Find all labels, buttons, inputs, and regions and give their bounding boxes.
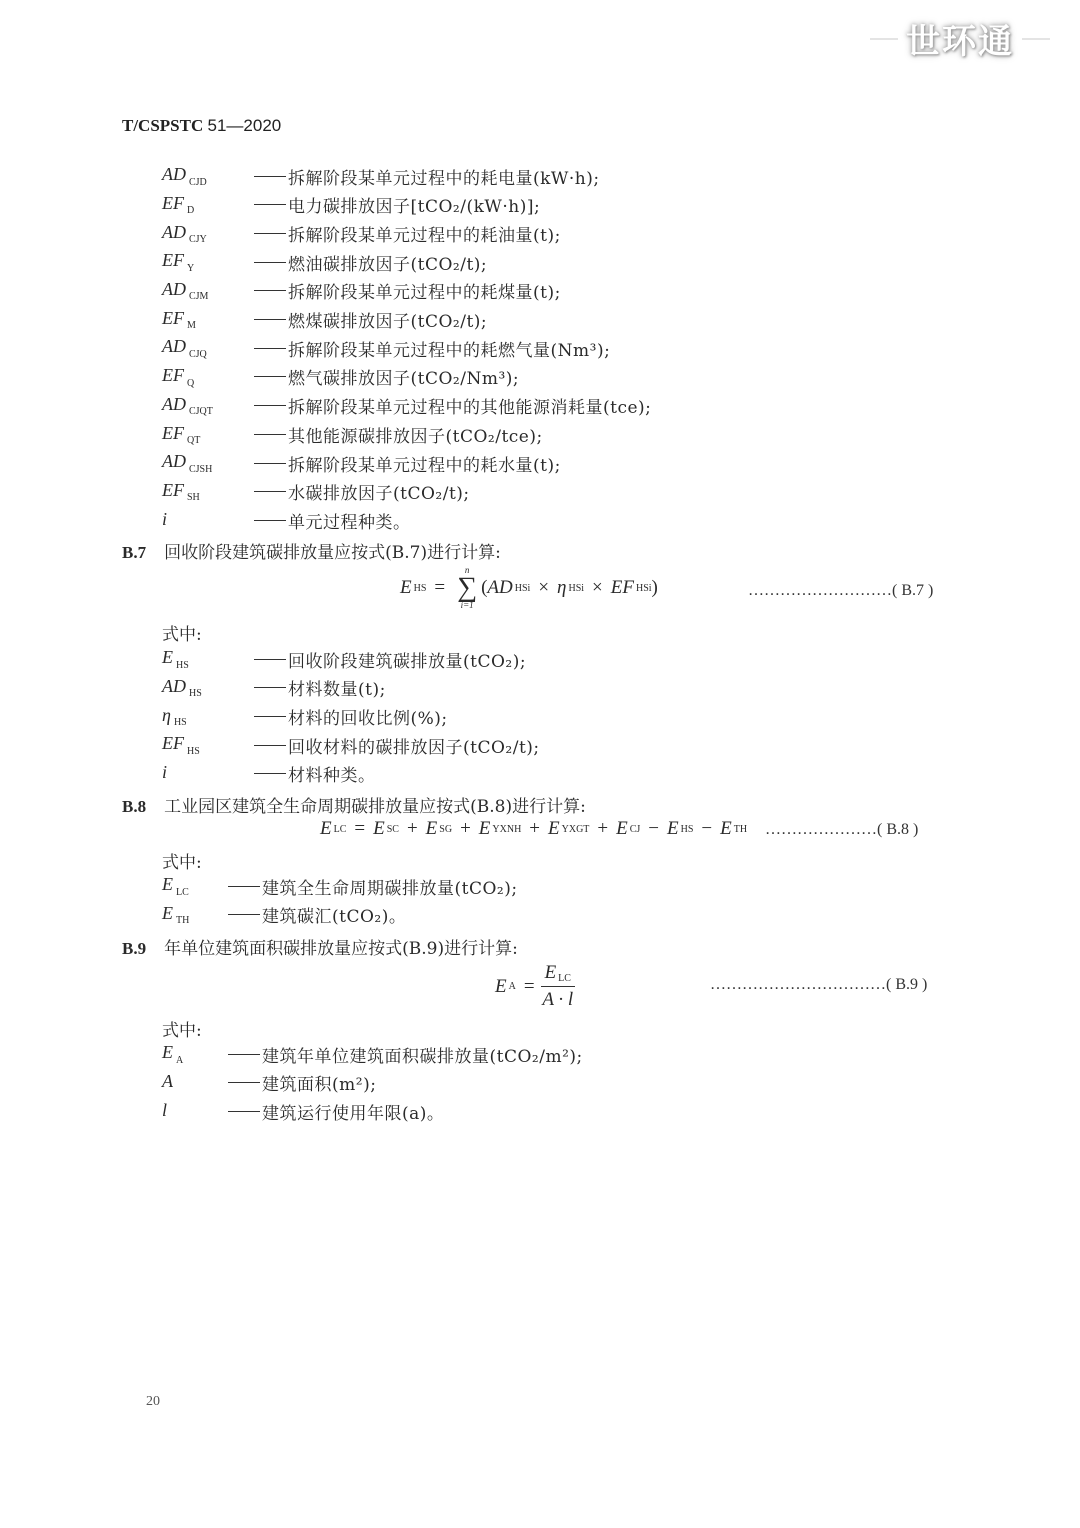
- symbol-cell: EFSH: [162, 480, 254, 503]
- term-ef: EF: [611, 577, 634, 599]
- definition-row: A建筑面积(m²);: [162, 1069, 376, 1097]
- symbol-cell: A: [162, 1071, 228, 1094]
- em-dash-rule: [254, 204, 286, 205]
- term-ef-sub: HSi: [636, 583, 652, 594]
- formula-term-sub: TH: [734, 824, 747, 835]
- formula-term-sub: YXGT: [562, 824, 590, 835]
- definition-row: EFD电力碳排放因子[tCO₂/(kW·h)];: [162, 191, 540, 219]
- em-dash-rule: [254, 262, 286, 263]
- equation-number-b9: ……………………………( B.9 ): [710, 976, 927, 994]
- section-number: B.9: [122, 939, 146, 958]
- em-dash-rule: [254, 233, 286, 234]
- em-dash-rule: [254, 319, 286, 320]
- definition-row: ADCJQ拆解阶段某单元过程中的耗燃气量(Nm³);: [162, 334, 610, 362]
- em-dash-rule: [254, 463, 286, 464]
- numerator-symbol: E: [545, 962, 557, 983]
- symbol-cell: ELC: [162, 874, 228, 897]
- em-dash-rule: [254, 716, 286, 717]
- symbol: EF: [162, 365, 184, 386]
- formula-b9: EA = ELC A · l: [495, 962, 575, 1011]
- em-dash-rule: [254, 348, 286, 349]
- symbol-cell: EHS: [162, 647, 254, 670]
- symbol: A: [162, 1071, 173, 1092]
- symbol-subscript: CJQ: [189, 349, 207, 360]
- symbol: AD: [162, 676, 186, 697]
- definition-text: 建筑面积(m²);: [262, 1070, 376, 1095]
- definition-text: 拆解阶段某单元过程中的其他能源消耗量(tce);: [288, 393, 651, 418]
- fraction: ELC A · l: [541, 962, 575, 1011]
- equals-sign: =: [524, 976, 535, 998]
- definition-row: EA建筑年单位建筑面积碳排放量(tCO₂/m²);: [162, 1040, 583, 1068]
- symbol-cell: l: [162, 1100, 228, 1123]
- formula-lhs: E: [495, 976, 507, 998]
- definition-text: 拆解阶段某单元过程中的耗电量(kW·h);: [288, 164, 600, 189]
- times-sign: ×: [592, 577, 603, 599]
- symbol-cell: i: [162, 762, 254, 785]
- term-ad: AD: [487, 577, 512, 599]
- definition-text: 单元过程种类。: [288, 508, 411, 533]
- standard-number: 51—2020: [208, 116, 282, 135]
- definition-row: EFQ燃气碳排放因子(tCO₂/Nm³);: [162, 363, 519, 391]
- definition-row: i单元过程种类。: [162, 506, 411, 534]
- symbol-subscript: D: [187, 205, 194, 216]
- section-title: 回收阶段建筑碳排放量应按式(B.7)进行计算:: [164, 543, 501, 563]
- operator: +: [529, 818, 540, 840]
- symbol-subscript: HS: [189, 688, 202, 699]
- leader-dots: ……………………………: [710, 976, 886, 993]
- symbol: EF: [162, 308, 184, 329]
- definition-text: 拆解阶段某单元过程中的耗水量(t);: [288, 451, 561, 476]
- em-dash-rule: [254, 491, 286, 492]
- section-b9-heading: B.9年单位建筑面积碳排放量应按式(B.9)进行计算:: [122, 934, 518, 959]
- em-dash-rule: [228, 914, 260, 915]
- definition-text: 建筑全生命周期碳排放量(tCO₂);: [262, 874, 518, 899]
- formula-term-sub: SC: [387, 824, 399, 835]
- formula-term: E: [667, 818, 679, 840]
- symbol-cell: ADCJSH: [162, 451, 254, 474]
- formula-term: E: [373, 818, 385, 840]
- definition-row: ADCJY拆解阶段某单元过程中的耗油量(t);: [162, 219, 561, 247]
- symbol-cell: i: [162, 509, 254, 532]
- formula-term-sub: SG: [439, 824, 452, 835]
- symbol-subscript: QT: [187, 435, 200, 446]
- definition-text: 建筑运行使用年限(a)。: [262, 1099, 444, 1124]
- symbol: E: [162, 647, 173, 668]
- definition-row: l建筑运行使用年限(a)。: [162, 1097, 444, 1125]
- em-dash-rule: [228, 1054, 260, 1055]
- em-dash-rule: [254, 773, 286, 774]
- definition-row: EFHS回收材料的碳排放因子(tCO₂/t);: [162, 731, 540, 759]
- symbol-cell: ηHS: [162, 705, 254, 728]
- symbol: EF: [162, 193, 184, 214]
- em-dash-rule: [254, 659, 286, 660]
- em-dash-rule: [254, 745, 286, 746]
- symbol: EF: [162, 480, 184, 501]
- operator: +: [597, 818, 608, 840]
- operator: +: [407, 818, 418, 840]
- symbol: E: [162, 874, 173, 895]
- section-number: B.7: [122, 543, 146, 562]
- section-b7-heading: B.7回收阶段建筑碳排放量应按式(B.7)进行计算:: [122, 538, 501, 563]
- symbol-cell: ADHS: [162, 676, 254, 699]
- symbol-cell: EFHS: [162, 733, 254, 756]
- symbol-cell: EFM: [162, 308, 254, 331]
- definition-text: 拆解阶段某单元过程中的耗油量(t);: [288, 221, 561, 246]
- term-ad-sub: HSi: [515, 583, 531, 594]
- definition-row: ADCJD拆解阶段某单元过程中的耗电量(kW·h);: [162, 162, 600, 190]
- definition-row: ADCJQT拆解阶段某单元过程中的其他能源消耗量(tce);: [162, 392, 651, 420]
- formula-term: E: [720, 818, 732, 840]
- section-b8-heading: B.8工业园区建筑全生命周期碳排放量应按式(B.8)进行计算:: [122, 792, 586, 817]
- definition-text: 材料种类。: [288, 761, 376, 786]
- definition-text: 拆解阶段某单元过程中的耗煤量(t);: [288, 278, 561, 303]
- equation-number-b7: ………………………( B.7 ): [748, 582, 933, 600]
- symbol: η: [162, 705, 171, 726]
- definition-text: 回收阶段建筑碳排放量(tCO₂);: [288, 647, 526, 672]
- formula-term-sub: CJ: [630, 824, 641, 835]
- symbol-cell: ETH: [162, 903, 228, 926]
- definition-text: 燃气碳排放因子(tCO₂/Nm³);: [288, 364, 519, 389]
- symbol: AD: [162, 164, 186, 185]
- definition-row: EFM燃煤碳排放因子(tCO₂/t);: [162, 306, 487, 334]
- equation-label: ( B.8 ): [877, 821, 918, 838]
- formula-term: E: [548, 818, 560, 840]
- symbol-cell: EA: [162, 1042, 228, 1065]
- symbol-cell: ADCJY: [162, 222, 254, 245]
- definition-text: 水碳排放因子(tCO₂/t);: [288, 479, 470, 504]
- formula-term: E: [616, 818, 628, 840]
- symbol: EF: [162, 733, 184, 754]
- leader-dots: …………………: [765, 821, 877, 838]
- symbol: AD: [162, 394, 186, 415]
- symbol-cell: ADCJQT: [162, 394, 254, 417]
- symbol: EF: [162, 250, 184, 271]
- section-number: B.8: [122, 797, 146, 816]
- symbol-subscript: CJD: [189, 177, 207, 188]
- times-sign: ×: [538, 577, 549, 599]
- symbol: AD: [162, 451, 186, 472]
- em-dash-rule: [228, 886, 260, 887]
- watermark-line-left: [870, 38, 898, 40]
- symbol: AD: [162, 279, 186, 300]
- formula-lhs: E: [400, 577, 412, 599]
- formula-b8: ELC=ESC+ESG+EYXNH+EYXGT+ECJ−EHS−ETH: [320, 818, 747, 840]
- em-dash-rule: [254, 376, 286, 377]
- definition-text: 电力碳排放因子[tCO₂/(kW·h)];: [288, 192, 540, 217]
- symbol-subscript: M: [187, 320, 196, 331]
- symbol-subscript: CJM: [189, 291, 208, 302]
- section-title: 年单位建筑面积碳排放量应按式(B.9)进行计算:: [164, 939, 518, 959]
- watermark-line-right: [1022, 38, 1050, 40]
- symbol-cell: EFQT: [162, 423, 254, 446]
- em-dash-rule: [254, 687, 286, 688]
- symbol-subscript: Q: [187, 378, 194, 389]
- where-label-b9: 式中:: [162, 1016, 202, 1041]
- definition-row: ADCJM拆解阶段某单元过程中的耗煤量(t);: [162, 277, 561, 305]
- definition-text: 材料数量(t);: [288, 675, 386, 700]
- formula-term: E: [426, 818, 438, 840]
- fraction-denominator: A · l: [542, 987, 573, 1011]
- definition-text: 回收材料的碳排放因子(tCO₂/t);: [288, 733, 540, 758]
- em-dash-rule: [254, 405, 286, 406]
- symbol-subscript: CJSH: [189, 464, 212, 475]
- symbol-cell: ADCJM: [162, 279, 254, 302]
- symbol: l: [162, 1100, 167, 1121]
- symbol-subscript: SH: [187, 492, 200, 503]
- formula-lhs-sub: HS: [414, 583, 427, 594]
- operator: −: [701, 818, 712, 840]
- operator: =: [354, 818, 365, 840]
- where-label-b8: 式中:: [162, 848, 202, 873]
- symbol: i: [162, 762, 167, 783]
- page-number: 20: [146, 1394, 160, 1410]
- definition-text: 燃油碳排放因子(tCO₂/t);: [288, 250, 487, 275]
- symbol-cell: EFY: [162, 250, 254, 273]
- symbol: i: [162, 509, 167, 530]
- em-dash-rule: [228, 1111, 260, 1112]
- definition-row: ADCJSH拆解阶段某单元过程中的耗水量(t);: [162, 449, 561, 477]
- symbol-cell: EFQ: [162, 365, 254, 388]
- definition-row: ETH建筑碳汇(tCO₂)。: [162, 901, 406, 929]
- numerator-sub: LC: [558, 973, 571, 984]
- symbol-subscript: HS: [174, 717, 187, 728]
- formula-term: E: [320, 818, 332, 840]
- formula-lhs-sub: A: [509, 981, 516, 992]
- formula-b7: EHS = n ∑ i=1 ( ADHSi × ηHSi × EFHSi ): [400, 566, 658, 610]
- definition-row: EHS回收阶段建筑碳排放量(tCO₂);: [162, 645, 526, 673]
- definition-row: EFSH水碳排放因子(tCO₂/t);: [162, 478, 470, 506]
- symbol: EF: [162, 423, 184, 444]
- paren-right: ): [652, 577, 658, 599]
- term-eta-sub: HSi: [568, 583, 584, 594]
- em-dash-rule: [254, 434, 286, 435]
- definition-row: ELC建筑全生命周期碳排放量(tCO₂);: [162, 872, 518, 900]
- definition-row: ADHS材料数量(t);: [162, 674, 386, 702]
- formula-term-sub: YXNH: [492, 824, 521, 835]
- symbol-subscript: CJQT: [189, 406, 213, 417]
- definition-row: EFQT其他能源碳排放因子(tCO₂/tce);: [162, 420, 543, 448]
- symbol: E: [162, 903, 173, 924]
- definition-text: 建筑碳汇(tCO₂)。: [262, 902, 406, 927]
- symbol-cell: ADCJQ: [162, 336, 254, 359]
- symbol-subscript: A: [176, 1055, 183, 1066]
- sum-lower: i=1: [461, 601, 474, 610]
- definition-text: 建筑年单位建筑面积碳排放量(tCO₂/m²);: [262, 1042, 583, 1067]
- symbol-subscript: LC: [176, 887, 189, 898]
- leader-dots: ………………………: [748, 582, 892, 599]
- definition-text: 材料的回收比例(%);: [288, 704, 448, 729]
- operator: −: [648, 818, 659, 840]
- formula-term: E: [479, 818, 491, 840]
- formula-term-sub: LC: [334, 824, 347, 835]
- definition-text: 其他能源碳排放因子(tCO₂/tce);: [288, 422, 543, 447]
- equals-sign: =: [434, 577, 445, 599]
- definition-text: 燃煤碳排放因子(tCO₂/t);: [288, 307, 487, 332]
- symbol-subscript: CJY: [189, 234, 207, 245]
- em-dash-rule: [254, 520, 286, 521]
- watermark-text: 世环通: [906, 14, 1014, 63]
- fraction-numerator: ELC: [541, 962, 575, 987]
- em-dash-rule: [254, 176, 286, 177]
- operator: +: [460, 818, 471, 840]
- equation-label: ( B.9 ): [886, 976, 927, 993]
- definition-row: EFY燃油碳排放因子(tCO₂/t);: [162, 248, 487, 276]
- standard-prefix: T/CSPSTC: [122, 116, 203, 135]
- definition-row: ηHS材料的回收比例(%);: [162, 702, 448, 730]
- em-dash-rule: [228, 1082, 260, 1083]
- sigma-glyph: ∑: [457, 575, 477, 601]
- symbol: AD: [162, 336, 186, 357]
- equation-label: ( B.7 ): [892, 582, 933, 599]
- symbol-subscript: Y: [187, 263, 194, 274]
- symbol-subscript: HS: [176, 660, 189, 671]
- watermark-logo: 世环通: [870, 14, 1050, 63]
- summation-symbol: n ∑ i=1: [457, 566, 477, 610]
- symbol: AD: [162, 222, 186, 243]
- equation-number-b8: …………………( B.8 ): [765, 821, 918, 839]
- section-title: 工业园区建筑全生命周期碳排放量应按式(B.8)进行计算:: [164, 797, 586, 817]
- standard-code-header: T/CSPSTC 51—2020: [122, 116, 281, 136]
- symbol: E: [162, 1042, 173, 1063]
- definition-row: i材料种类。: [162, 760, 376, 788]
- symbol-subscript: HS: [187, 746, 200, 757]
- formula-term-sub: HS: [681, 824, 694, 835]
- definition-text: 拆解阶段某单元过程中的耗燃气量(Nm³);: [288, 336, 610, 361]
- symbol-cell: EFD: [162, 193, 254, 216]
- where-label-b7: 式中:: [162, 620, 202, 645]
- em-dash-rule: [254, 290, 286, 291]
- symbol-cell: ADCJD: [162, 164, 254, 187]
- symbol-subscript: TH: [176, 915, 189, 926]
- term-eta: η: [557, 577, 566, 599]
